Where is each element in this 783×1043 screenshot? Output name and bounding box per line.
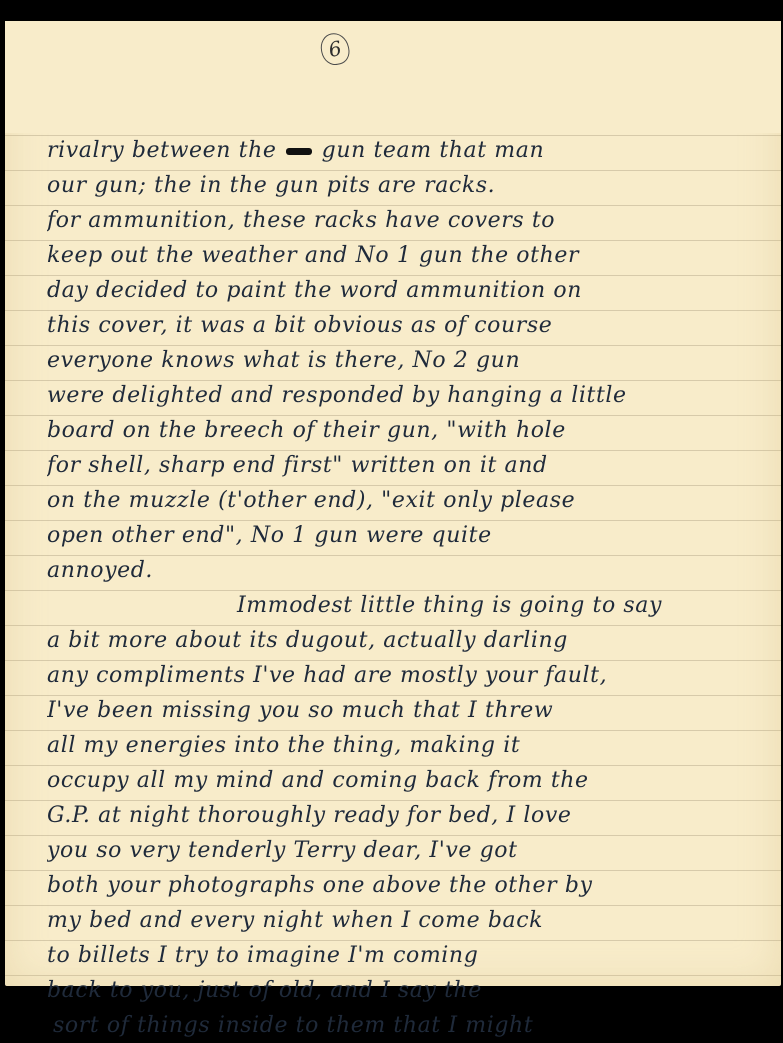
text-line-3: for ammunition, these racks have covers … <box>47 203 767 238</box>
page-header-area <box>5 21 781 133</box>
text-line-13: annoyed. <box>47 553 767 588</box>
text-line-21: you so very tenderly Terry dear, I've go… <box>47 833 767 868</box>
text-line-18: all my energies into the thing, making i… <box>47 728 767 763</box>
text-line-1-start: rivalry between the <box>47 138 276 163</box>
text-line-5: day decided to paint the word ammunition… <box>47 273 767 308</box>
text-line-25: back to you, just of old, and I say the <box>47 973 767 1000</box>
text-line-24: to billets I try to imagine I'm coming <box>47 938 767 973</box>
struck-out-word <box>286 148 312 155</box>
text-line-10: for shell, sharp end first" written on i… <box>47 448 767 483</box>
text-line-11: on the muzzle (t'other end), "exit only … <box>47 483 767 518</box>
text-line-7: everyone knows what is there, No 2 gun <box>47 343 767 378</box>
text-line-16: any compliments I've had are mostly your… <box>47 658 767 693</box>
text-line-19: occupy all my mind and coming back from … <box>47 763 767 798</box>
text-line-17: I've been missing you so much that I thr… <box>47 693 767 728</box>
text-line-14-paragraph-start: Immodest little thing is going to say <box>47 588 767 623</box>
letter-page: 6 rivalry between the gun team that man … <box>5 21 781 986</box>
text-line-9: board on the breech of their gun, "with … <box>47 413 767 448</box>
handwritten-text-body: rivalry between the gun team that man ou… <box>47 133 767 1000</box>
text-line-6: this cover, it was a bit obvious as of c… <box>47 308 767 343</box>
text-line-15: a bit more about its dugout, actually da… <box>47 623 767 658</box>
text-line-1: rivalry between the gun team that man <box>47 133 767 168</box>
text-line-2: our gun; the in the gun pits are racks. <box>47 168 767 203</box>
text-line-4: keep out the weather and No 1 gun the ot… <box>47 238 767 273</box>
text-line-23: my bed and every night when I come back <box>47 903 767 938</box>
text-line-1-end: gun team that man <box>322 138 545 163</box>
text-line-12: open other end", No 1 gun were quite <box>47 518 767 553</box>
text-line-22: both your photographs one above the othe… <box>47 868 767 903</box>
text-line-8: were delighted and responded by hanging … <box>47 378 767 413</box>
text-line-20: G.P. at night thoroughly ready for bed, … <box>47 798 767 833</box>
